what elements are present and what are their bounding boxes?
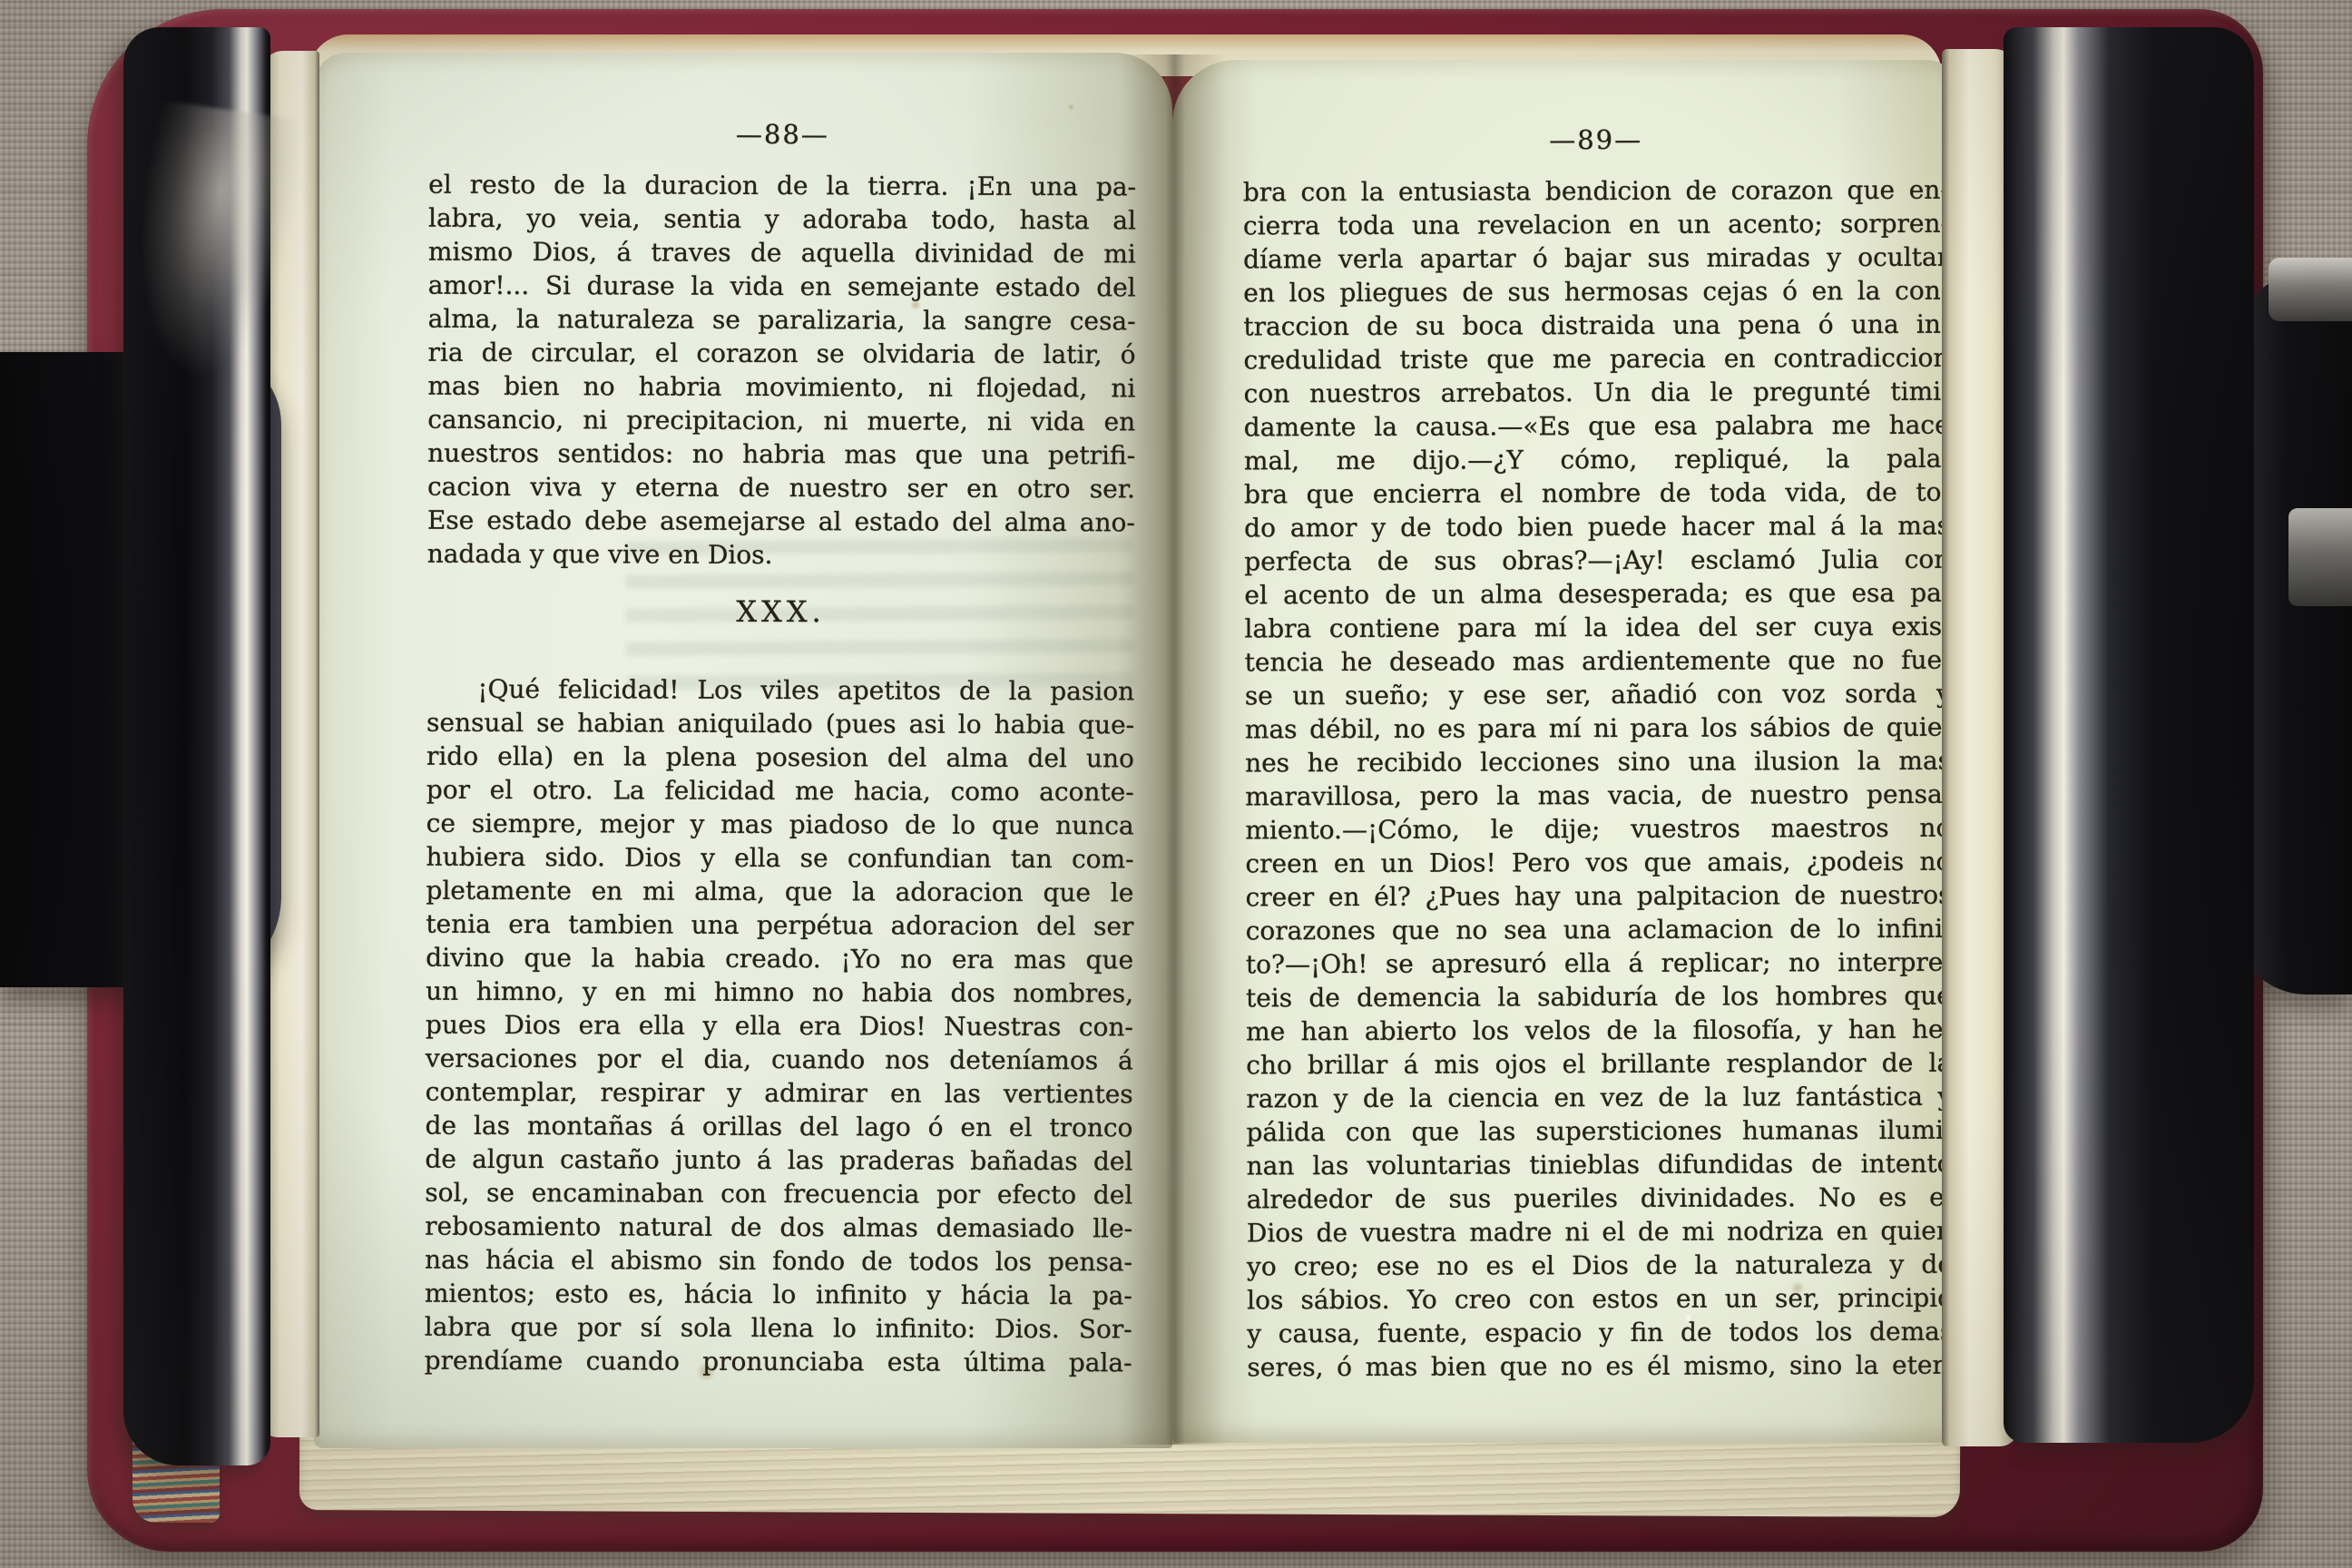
text-line: ¡Quéfelicidad!Losvilesapetitosdelapasion (426, 672, 1134, 709)
text-line: teisdedemencialasabiduríadeloshombresque (1246, 979, 1952, 1015)
text-line: pletamenteenmialma,quelaadoracionquele (426, 874, 1133, 910)
text-line: mismoDios,átravesdeaquelladivinidaddemi (428, 235, 1136, 271)
text-line: ridoella)enlaplenaposesiondelalmadeluno (426, 740, 1134, 776)
text-line: lossábios.Yocreoconestosenunser,principi… (1247, 1281, 1953, 1318)
text-line: dealguncastañojuntoálaspraderasbañadasde… (425, 1142, 1132, 1179)
text-line: riadecircular,elcorazonseolvidariadelati… (427, 336, 1135, 372)
text-line: hubierasido.Diosyellaseconfundiantancom- (426, 840, 1134, 877)
text-line: perfectadesusobras?—¡Ay!esclamóJuliacon (1244, 543, 1950, 579)
text-line: elrestodeladuraciondelatierra.¡Enunapa- (428, 168, 1136, 204)
text-line: cierratodaunarevelacionenunacento;sorpre… (1243, 207, 1949, 243)
paragraph: ¡Quéfelicidad!Losvilesapetitosdelapasion… (425, 672, 1135, 1380)
text-line: labra,yoveia,sentiayadorabatodo,hastaal (428, 201, 1136, 238)
text-line: enlosplieguesdesushermosascejasóenlacon- (1243, 274, 1949, 310)
text-line: puesDioseraellayellaeraDios!Nuestrascon- (426, 1008, 1133, 1044)
holder-hinge-bracket (2269, 258, 2352, 321)
paragraph: braconlaentusiastabendiciondecorazonquee… (1243, 173, 1954, 1385)
paragraph: elrestodeladuraciondelatierra.¡Enunapa-l… (427, 168, 1137, 573)
left-page-body: elrestodeladuraciondelatierra.¡Enunapa-l… (425, 168, 1137, 1380)
right-page-text-column: —89— braconlaentusiastabendiciondecorazo… (1243, 121, 1954, 1385)
foxing-spot (1067, 103, 1075, 111)
left-page-text-column: —88— elrestodeladuraciondelatierra.¡Enun… (425, 115, 1137, 1380)
text-line: elacentodeunalmadesesperada;esqueesapa- (1244, 576, 1950, 612)
text-line: teniaeratambienunaperpétuaadoraciondelse… (426, 907, 1133, 944)
text-line: ycausa,fuente,espacioyfindetodoslosdemas (1247, 1315, 1953, 1351)
text-line: doamorydetodobienpuedehacermalálamas (1244, 509, 1950, 545)
book-holder-clamp-right (2004, 27, 2254, 1443)
text-line: mehanabiertolosvelosdelafilosofía,yhanhe… (1246, 1013, 1952, 1049)
text-line: delasmontañasáorillasdellagoóeneltronco (425, 1109, 1132, 1145)
text-line: pálidaconquelassupersticioneshumanasilum… (1246, 1113, 1952, 1150)
text-line: damentelacausa.—«Esqueesapalabramehace (1244, 408, 1950, 445)
text-line: nanlasvoluntariastinieblasdifundidasdein… (1247, 1147, 1953, 1183)
text-line: tenciahedeseadomasardientementequenofue- (1245, 643, 1951, 680)
text-line: tracciondesubocadistraidaunapenaóunain- (1243, 308, 1949, 344)
text-line: creerenél?¿Pueshayunapalpitaciondenuestr… (1245, 878, 1951, 915)
text-line: nuestrossentidos:nohabriamasqueunapetrif… (427, 436, 1135, 473)
text-line: cesiempre,mejorymaspiadosodeloquenunca (426, 807, 1134, 843)
text-line: mal,medijo.—¿Ycómo,repliqué,lapala- (1244, 442, 1950, 478)
text-line: maravillosa,perolamasvacia,denuestropens… (1245, 778, 1951, 814)
text-line: amor!...Siduraselavidaensemejanteestadod… (428, 269, 1136, 305)
text-line: nesherecibidoleccionessinounailusionlama… (1245, 744, 1951, 780)
text-line: seres,ómasbienquenoesélmismo,sinolaeter- (1247, 1348, 1953, 1385)
page-number-left: —88— (428, 115, 1136, 154)
text-line: nadadayqueviveenDios. (427, 537, 1135, 573)
text-line: díameverlaapartaróbajarsusmiradasyoculta… (1243, 240, 1949, 277)
text-line: cansancio,niprecipitacion,nimuerte,nivid… (427, 403, 1135, 439)
text-line: masdébil,noesparamíniparalossábiosdequie… (1245, 710, 1951, 747)
text-line: alrededordesuspuerilesdivinidades.Noesel (1247, 1181, 1953, 1217)
text-line: alma,lanaturalezaseparalizaria,lasangrec… (428, 302, 1136, 338)
text-line: creenenunDios!Perovosqueamais,¿podeisno (1245, 845, 1951, 881)
right-page-body: braconlaentusiastabendiciondecorazonquee… (1243, 173, 1954, 1385)
text-line: masbiennohabriamovimiento,niflojedad,ni (427, 369, 1135, 406)
chapter-heading: XXX. (426, 591, 1134, 633)
text-line: chobrillarámisojoselbrillanteresplandord… (1246, 1046, 1952, 1083)
book-photo-scene: —88— elrestodeladuraciondelatierra.¡Enun… (0, 0, 2352, 1568)
text-line: rebosamientonaturaldedosalmasdemasiadoll… (425, 1210, 1132, 1246)
text-line: labraqueporsísolallenaloinfinito:Dios.So… (425, 1310, 1132, 1347)
text-line: cacionvivayeternadenuestroserenotroser. (427, 470, 1135, 506)
text-line: yocreo;esenoeselDiosdelanaturalezayde (1247, 1248, 1953, 1284)
text-line: braconlaentusiastabendiciondecorazonquee… (1243, 173, 1949, 210)
text-line: razonydelacienciaenvezdelaluzfantásticay (1246, 1080, 1952, 1116)
text-line: mientos;estoes,hácialoinfinitoyhácialapa… (425, 1277, 1132, 1313)
text-line: Diosdevuestramadrenieldeminodrizaenquien (1247, 1214, 1953, 1250)
text-line: contemplar,respiraryadmirarenlasvertient… (426, 1075, 1133, 1112)
text-line: miento.—¡Cómo,ledije;vuestrosmaestrosno (1245, 811, 1951, 848)
text-line: nasháciaelabismosinfondodetodoslospensa- (425, 1243, 1132, 1279)
page-number-right: —89— (1243, 121, 1949, 160)
text-line: prendíamecuandopronunciabaestaúltimapala… (425, 1344, 1132, 1380)
text-line: seunsueño;yeseser,añadióconvozsorday (1245, 677, 1951, 713)
holder-hinge-glint (2288, 508, 2352, 606)
text-line: unhimno,yenmihimnonohabiadosnombres, (426, 975, 1133, 1011)
text-line: to?—¡Oh!seapresuróellaáreplicar;nointerp… (1246, 946, 1952, 982)
text-line: versacionesporeldia,cuandonosdeteníamosá (426, 1042, 1133, 1078)
text-line: braqueencierraelnombredetodavida,deto- (1244, 475, 1950, 512)
text-line: corazonesquenoseaunaaclamaciondeloinfini… (1246, 912, 1952, 948)
text-line: credulidadtristequemepareciaencontradicc… (1243, 341, 1949, 377)
text-line: labracontieneparamílaideadelsercuyaexis- (1244, 610, 1950, 646)
text-line: connuestrosarrebatos.Undialepreguntétimi… (1244, 375, 1950, 411)
text-line: sol,seencaminabanconfrecuenciaporefectod… (425, 1176, 1132, 1212)
text-line: porelotro.Lafelicidadmehacia,comoaconte- (426, 773, 1134, 809)
text-line: divinoquelahabiacreado.¡Yonoeramasque (426, 941, 1133, 977)
text-line: Eseestadodebeasemejarsealestadodelalmaan… (427, 504, 1135, 540)
text-line: sensualsehabiananiquilado(puesasilohabia… (426, 706, 1134, 742)
